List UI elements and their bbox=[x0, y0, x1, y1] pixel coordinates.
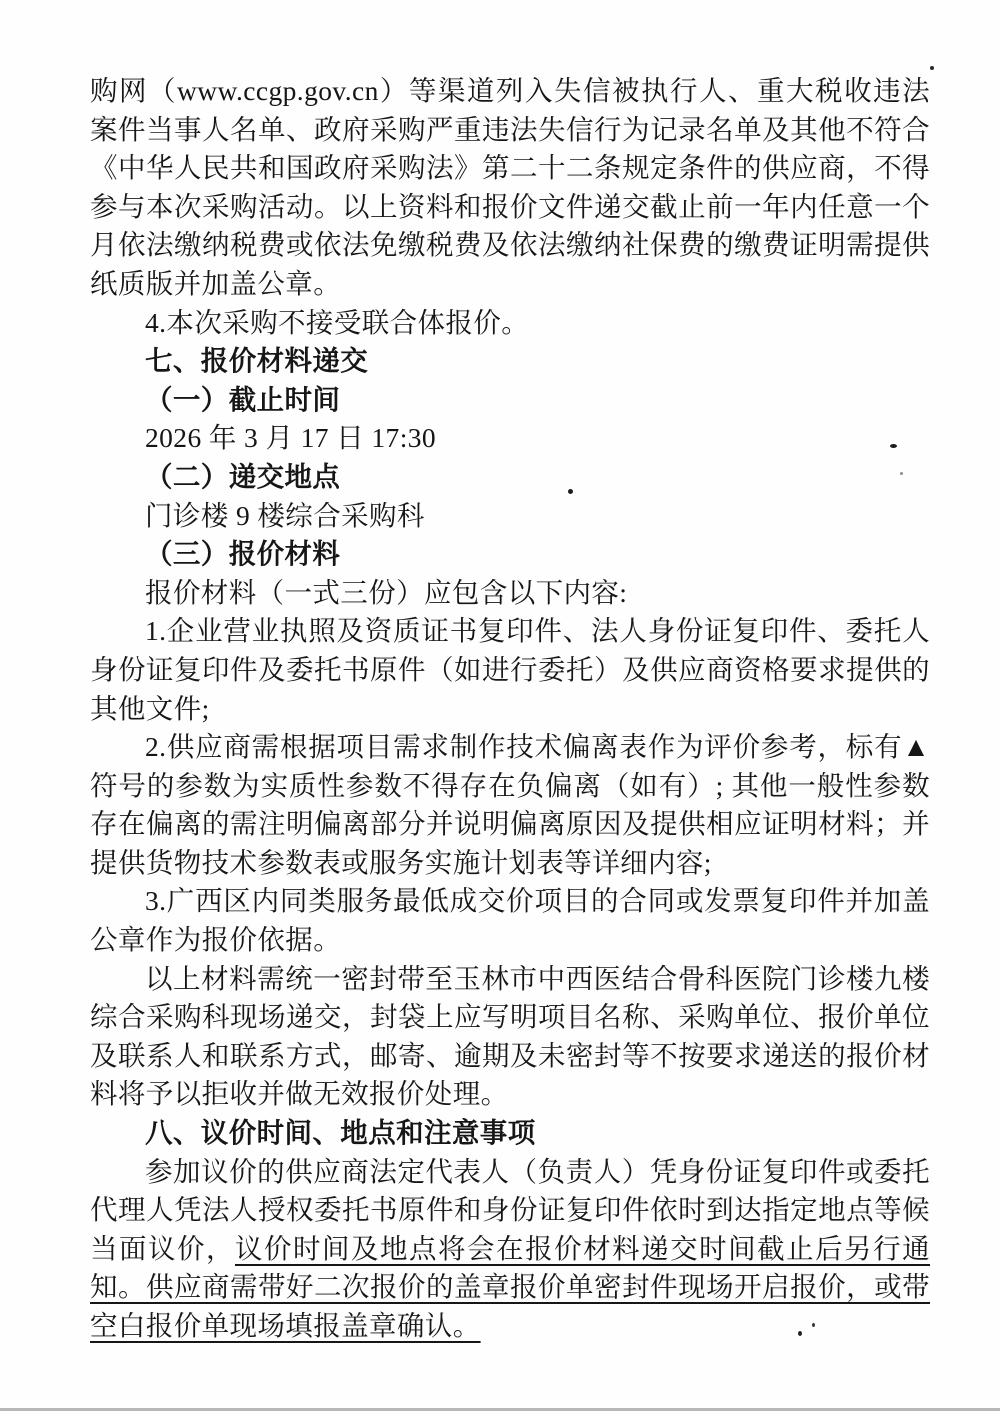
paragraph-material-2: 2.供应商需根据项目需求制作技术偏离表作为评价参考，标有▲符号的参数为实质性参数… bbox=[90, 728, 930, 882]
paragraph-material-1-run-0: 1.企业营业执照及资质证书复印件、法人身份证复印件、委托人身份证复印件及委托书原… bbox=[90, 615, 930, 723]
heading-7-2-delivery-place-run-0: （二）递交地点 bbox=[145, 461, 340, 492]
heading-7-3-quotation-materials: （三）报价材料 bbox=[90, 535, 930, 574]
paragraph-material-2-run-0: 2.供应商需根据项目需求制作技术偏离表作为评价参考，标有▲符号的参数为实质性参数… bbox=[90, 731, 930, 878]
paragraph-deadline-datetime-run-0: 2026 年 3 月 17 日 17:30 bbox=[145, 422, 436, 453]
paragraph-materials-intro: 报价材料（一式三份）应包含以下内容: bbox=[90, 574, 930, 613]
paragraph-sealed-delivery-run-0: 以上材料需统一密封带至玉林市中西医结合骨科医院门诊楼九楼综合采购科现场递交，封袋… bbox=[90, 963, 930, 1110]
heading-7-2-delivery-place: （二）递交地点 bbox=[90, 458, 930, 497]
heading-section-8: 八、议价时间、地点和注意事项 bbox=[90, 1114, 930, 1153]
paragraph-materials-intro-run-0: 报价材料（一式三份）应包含以下内容: bbox=[145, 577, 627, 608]
paragraph-delivery-place: 门诊楼 9 楼综合采购科 bbox=[90, 497, 930, 536]
paragraph-delivery-place-run-0: 门诊楼 9 楼综合采购科 bbox=[145, 500, 425, 531]
heading-7-3-quotation-materials-run-0: （三）报价材料 bbox=[145, 538, 340, 569]
heading-section-8-run-0: 八、议价时间、地点和注意事项 bbox=[145, 1117, 536, 1148]
paragraph-negotiation-notice: 参加议价的供应商法定代表人（负责人）凭身份证复印件或委托代理人凭法人授权委托书原… bbox=[90, 1153, 930, 1346]
paragraph-material-3: 3.广西区内同类服务最低成交价项目的合同或发票复印件并加盖公章作为报价依据。 bbox=[90, 882, 930, 959]
paragraph-item-4-run-0: 4.本次采购不接受联合体报价。 bbox=[145, 307, 529, 338]
heading-section-7: 七、报价材料递交 bbox=[90, 342, 930, 381]
scan-speckle-5 bbox=[812, 1323, 815, 1327]
scan-bottom-edge-line bbox=[0, 1408, 1000, 1411]
paragraph-item-4: 4.本次采购不接受联合体报价。 bbox=[90, 304, 930, 343]
paragraph-supplier-qualification: 购网（www.ccgp.gov.cn）等渠道列入失信被执行人、重大税收违法案件当… bbox=[90, 72, 930, 304]
scan-speckle-2 bbox=[900, 472, 903, 475]
scan-speckle-4 bbox=[798, 1331, 802, 1336]
paragraph-supplier-qualification-run-0: 购网（www.ccgp.gov.cn）等渠道列入失信被执行人、重大税收违法案件当… bbox=[90, 75, 930, 299]
heading-7-1-deadline: （一）截止时间 bbox=[90, 381, 930, 420]
document-page: 购网（www.ccgp.gov.cn）等渠道列入失信被执行人、重大税收违法案件当… bbox=[0, 0, 1000, 1414]
scan-speckle-0 bbox=[930, 66, 934, 70]
paragraph-deadline-datetime: 2026 年 3 月 17 日 17:30 bbox=[90, 419, 930, 458]
heading-section-7-run-0: 七、报价材料递交 bbox=[145, 345, 368, 376]
heading-7-1-deadline-run-0: （一）截止时间 bbox=[145, 384, 340, 415]
document-text-column: 购网（www.ccgp.gov.cn）等渠道列入失信被执行人、重大税收违法案件当… bbox=[90, 72, 930, 1346]
scan-speckle-1 bbox=[890, 444, 897, 448]
paragraph-material-1: 1.企业营业执照及资质证书复印件、法人身份证复印件、委托人身份证复印件及委托书原… bbox=[90, 612, 930, 728]
scan-speckle-3 bbox=[568, 489, 573, 494]
paragraph-sealed-delivery: 以上材料需统一密封带至玉林市中西医结合骨科医院门诊楼九楼综合采购科现场递交，封袋… bbox=[90, 960, 930, 1114]
paragraph-material-3-run-0: 3.广西区内同类服务最低成交价项目的合同或发票复印件并加盖公章作为报价依据。 bbox=[90, 885, 930, 955]
